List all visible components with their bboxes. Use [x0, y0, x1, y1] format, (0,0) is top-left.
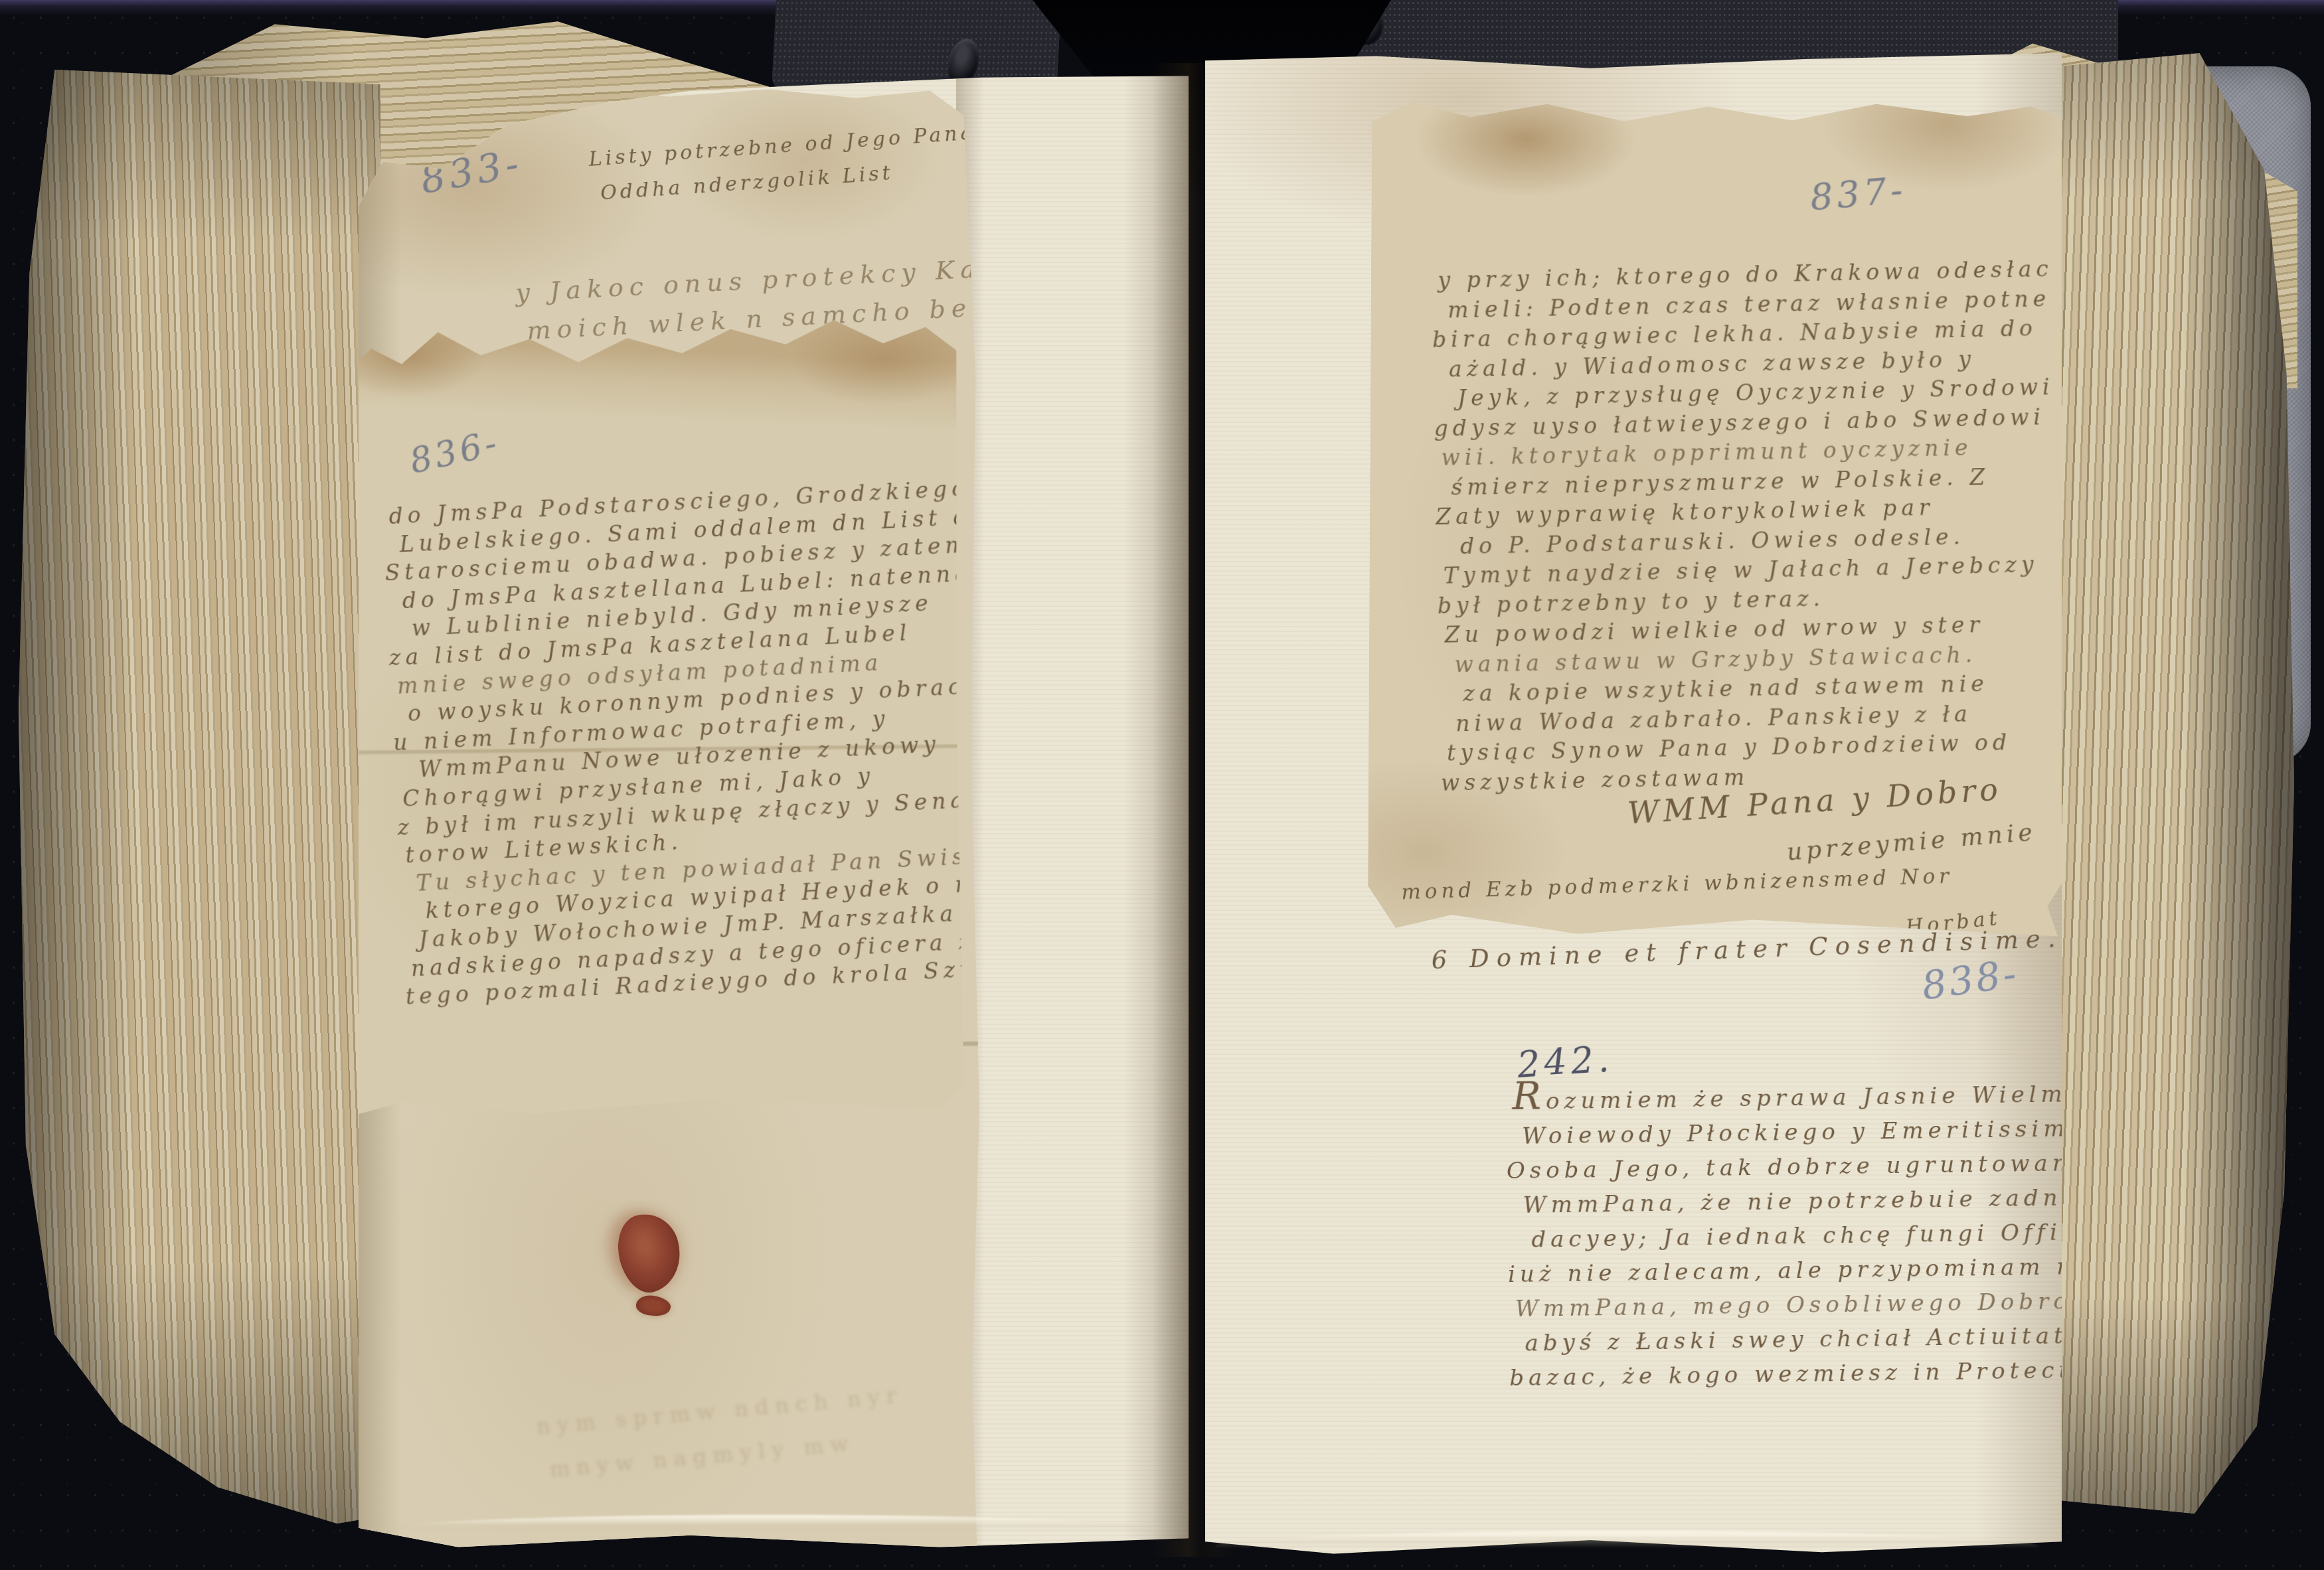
page-stack-fore-edge-left [19, 70, 380, 1524]
manuscript-letter-833: 833- Listy potrzebne od Jego PanaOddha n… [359, 86, 979, 1547]
archival-photo-stage: 833- Listy potrzebne od Jego PanaOddha n… [0, 0, 2324, 1570]
red-wax-drop [635, 1294, 672, 1318]
letter-body-text: y przy ich; ktorego do Krakowa odesłacmi… [1438, 254, 2063, 798]
left-page: 833- Listy potrzebne od Jego PanaOddha n… [359, 73, 1189, 1550]
page-stack-fore-edge-right [2045, 53, 2294, 1514]
folio-number-pencil: 838- [1919, 951, 2021, 1009]
folio-number-pencil: 836- [406, 423, 504, 481]
manuscript-letter-837: 837- y przy ich; ktorego do Krakowa odes… [1368, 96, 2073, 940]
ink-bleedthrough-lines: nym sprmw ndnch nyrmnyw nagmyly mw [535, 1373, 908, 1492]
letter-heading-lines: Listy potrzebne od Jego PanaOddha nderzg… [588, 116, 979, 211]
letter-body-text: do JmsPa Podstarosciego, GrodzkiegoLubel… [388, 471, 1054, 1011]
handwritten-line: mond Ezb podmerzki wbnizensmed Nor [1401, 855, 2037, 911]
letter-closing-signature: WMM Pana y Dobrouprzeymie mniemond Ezb p… [1388, 779, 2037, 940]
folio-number-pencil: 837- [1809, 169, 1908, 219]
right-page: 837- y przy ich; ktorego do Krakowa odes… [1205, 53, 2062, 1557]
manuscript-letter-836: 836- do JmsPa Podstarosciego, Grodzkiego… [347, 319, 964, 1115]
red-wax-seal-remnant [610, 1208, 689, 1298]
